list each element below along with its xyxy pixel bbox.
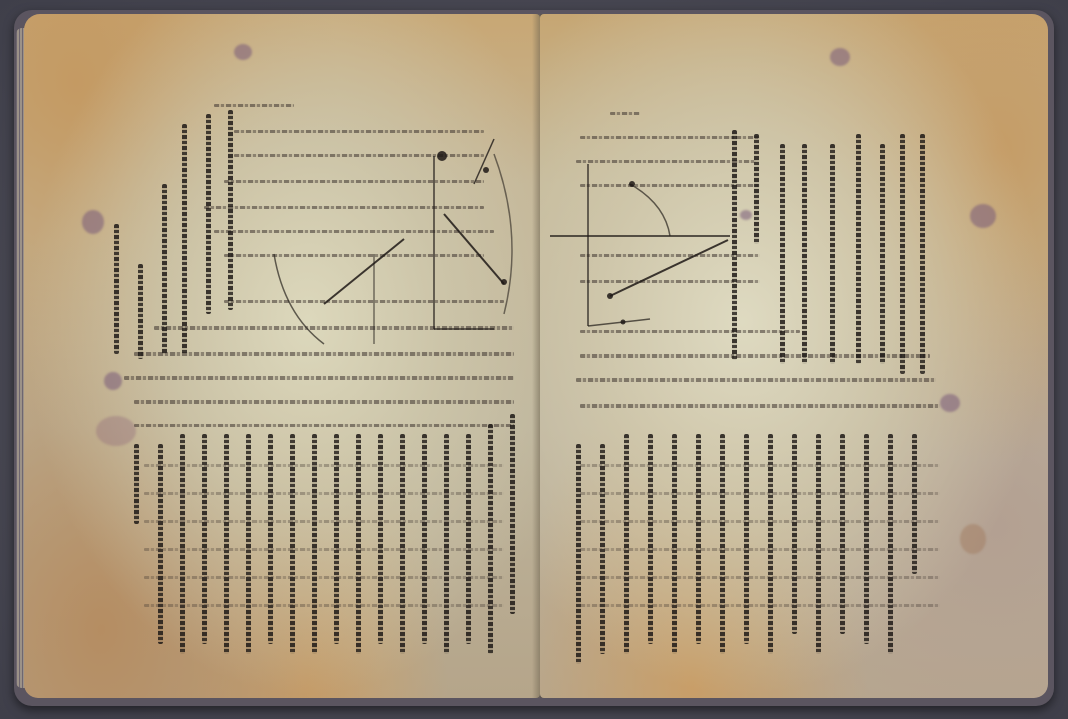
- open-manuscript: [14, 8, 1056, 708]
- geometric-diagram: [24, 14, 540, 698]
- right-angle-diagram: [540, 14, 1048, 698]
- right-page: [540, 14, 1048, 698]
- left-page: [24, 14, 540, 698]
